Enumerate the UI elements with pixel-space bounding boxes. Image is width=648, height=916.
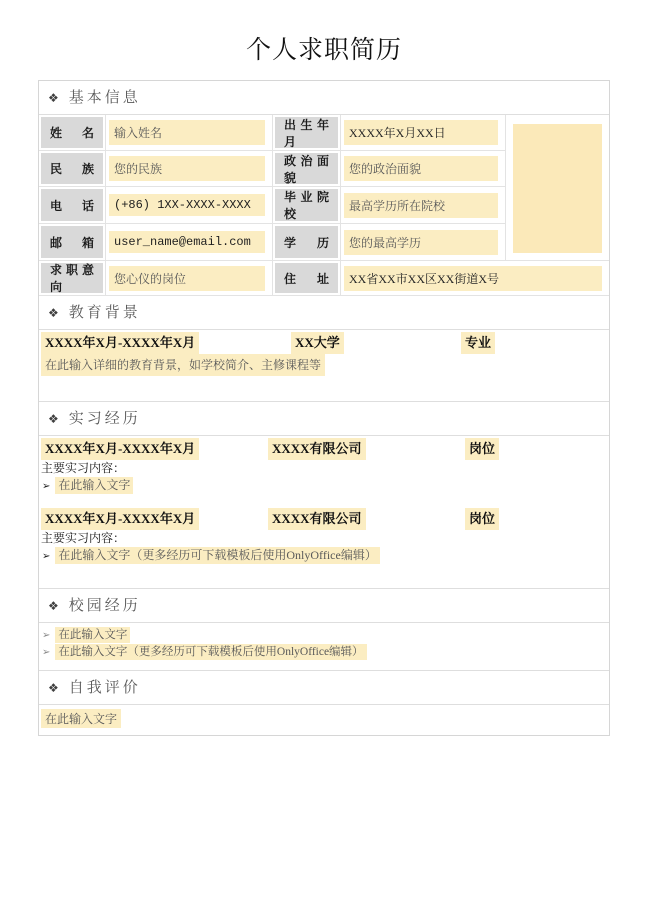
internship-company-field[interactable]: XXXX有限公司 xyxy=(268,508,366,530)
internship-bullet-item[interactable]: ➢ 在此输入文字（更多经历可下载模板后使用OnlyOffice编辑） xyxy=(41,547,607,565)
campus-content: ➢ 在此输入文字 ➢ 在此输入文字（更多经历可下载模板后使用OnlyOffice… xyxy=(39,623,609,671)
photo-placeholder[interactable] xyxy=(513,124,602,253)
internship-company-field[interactable]: XXXX有限公司 xyxy=(268,438,366,460)
page-title: 个人求职简历 xyxy=(0,30,648,66)
education-period-field[interactable]: XXXX年X月-XXXX年X月 xyxy=(41,332,199,354)
diamond-icon: ❖ xyxy=(48,306,59,320)
section-title-education: 教育背景 xyxy=(69,305,141,321)
section-header-internship: ❖实习经历 xyxy=(39,402,609,436)
diamond-icon: ❖ xyxy=(48,681,59,695)
internship-bullet-item[interactable]: ➢ 在此输入文字 xyxy=(41,477,607,495)
field-label-political-status: 政治面貌 xyxy=(273,151,341,187)
internship-content-label: 主要实习内容： xyxy=(41,530,607,547)
field-label-degree: 学历 xyxy=(273,224,341,261)
campus-bullet-field[interactable]: 在此输入文字（更多经历可下载模板后使用OnlyOffice编辑） xyxy=(55,644,366,660)
section-header-campus: ❖校园经历 xyxy=(39,589,609,623)
campus-bullet-item[interactable]: ➢ 在此输入文字（更多经历可下载模板后使用OnlyOffice编辑） xyxy=(41,644,607,661)
internship-bullet-field[interactable]: 在此输入文字 xyxy=(55,477,133,494)
resume-table: ❖基本信息 姓名 输入姓名 出生年月 XXXX年X月XX日 民族 您的民族 政治… xyxy=(38,80,610,736)
internship-content-label: 主要实习内容： xyxy=(41,460,607,477)
field-label-birth-date: 出生年月 xyxy=(273,115,341,151)
arrowhead-bullet-icon: ➢ xyxy=(42,478,50,495)
field-label-phone: 电话 xyxy=(39,187,106,224)
field-label-graduate-school: 毕业院校 xyxy=(273,187,341,224)
graduate-school-field[interactable]: 最高学历所在院校 xyxy=(341,187,506,224)
education-headline-row: XXXX年X月-XXXX年X月 XX大学 专业 xyxy=(41,332,607,354)
self-evaluation-field[interactable]: 在此输入文字 xyxy=(41,709,121,728)
campus-bullet-item[interactable]: ➢ 在此输入文字 xyxy=(41,627,607,644)
political-status-field[interactable]: 您的政治面貌 xyxy=(341,151,506,187)
section-title-basic-info: 基本信息 xyxy=(69,90,141,106)
internship-entry: XXXX年X月-XXXX年X月 XXXX有限公司 岗位 主要实习内容： ➢ 在此… xyxy=(41,508,607,565)
section-header-self-evaluation: ❖自我评价 xyxy=(39,671,609,705)
internship-position-field[interactable]: 岗位 xyxy=(465,438,499,460)
diamond-icon: ❖ xyxy=(48,599,59,613)
birth-date-field[interactable]: XXXX年X月XX日 xyxy=(341,115,506,151)
internship-headline-row: XXXX年X月-XXXX年X月 XXXX有限公司 岗位 xyxy=(41,508,607,530)
education-major-field[interactable]: 专业 xyxy=(461,332,495,354)
education-description-field[interactable]: 在此输入详细的教育背景，如学校简介、主修课程等 xyxy=(41,354,607,376)
job-intention-field[interactable]: 您心仪的岗位 xyxy=(106,261,273,296)
email-field[interactable]: user_name@email.com xyxy=(106,224,273,261)
internship-period-field[interactable]: XXXX年X月-XXXX年X月 xyxy=(41,508,199,530)
internship-position-field[interactable]: 岗位 xyxy=(465,508,499,530)
education-school-field[interactable]: XX大学 xyxy=(291,332,344,354)
arrowhead-bullet-icon: ➢ xyxy=(42,628,50,644)
internship-period-field[interactable]: XXXX年X月-XXXX年X月 xyxy=(41,438,199,460)
section-title-self-evaluation: 自我评价 xyxy=(69,680,141,696)
field-label-job-intention: 求职意向 xyxy=(39,261,106,296)
field-label-address: 住址 xyxy=(273,261,341,296)
field-label-name: 姓名 xyxy=(39,115,106,151)
arrowhead-bullet-icon: ➢ xyxy=(42,548,50,565)
section-title-internship: 实习经历 xyxy=(69,411,141,427)
section-header-basic-info: ❖基本信息 xyxy=(39,81,609,115)
internship-content: XXXX年X月-XXXX年X月 XXXX有限公司 岗位 主要实习内容： ➢ 在此… xyxy=(39,436,609,589)
diamond-icon: ❖ xyxy=(48,91,59,105)
name-field[interactable]: 输入姓名 xyxy=(106,115,273,151)
internship-headline-row: XXXX年X月-XXXX年X月 XXXX有限公司 岗位 xyxy=(41,438,607,460)
self-evaluation-content: 在此输入文字 xyxy=(39,705,609,735)
ethnicity-field[interactable]: 您的民族 xyxy=(106,151,273,187)
phone-field[interactable]: (+86) 1XX-XXXX-XXXX xyxy=(106,187,273,224)
basic-info-grid: 姓名 输入姓名 出生年月 XXXX年X月XX日 民族 您的民族 政治面貌 您的政… xyxy=(39,115,609,296)
section-title-campus: 校园经历 xyxy=(69,598,141,614)
field-label-ethnicity: 民族 xyxy=(39,151,106,187)
education-content: XXXX年X月-XXXX年X月 XX大学 专业 在此输入详细的教育背景，如学校简… xyxy=(39,330,609,402)
internship-bullet-field[interactable]: 在此输入文字（更多经历可下载模板后使用OnlyOffice编辑） xyxy=(55,547,379,564)
address-field[interactable]: XX省XX市XX区XX街道X号 xyxy=(341,261,609,296)
section-header-education: ❖教育背景 xyxy=(39,296,609,330)
internship-entry: XXXX年X月-XXXX年X月 XXXX有限公司 岗位 主要实习内容： ➢ 在此… xyxy=(41,438,607,495)
photo-placeholder-cell[interactable] xyxy=(506,115,609,261)
campus-bullet-field[interactable]: 在此输入文字 xyxy=(55,627,130,643)
arrowhead-bullet-icon: ➢ xyxy=(42,645,50,661)
degree-field[interactable]: 您的最高学历 xyxy=(341,224,506,261)
diamond-icon: ❖ xyxy=(48,412,59,426)
field-label-email: 邮箱 xyxy=(39,224,106,261)
